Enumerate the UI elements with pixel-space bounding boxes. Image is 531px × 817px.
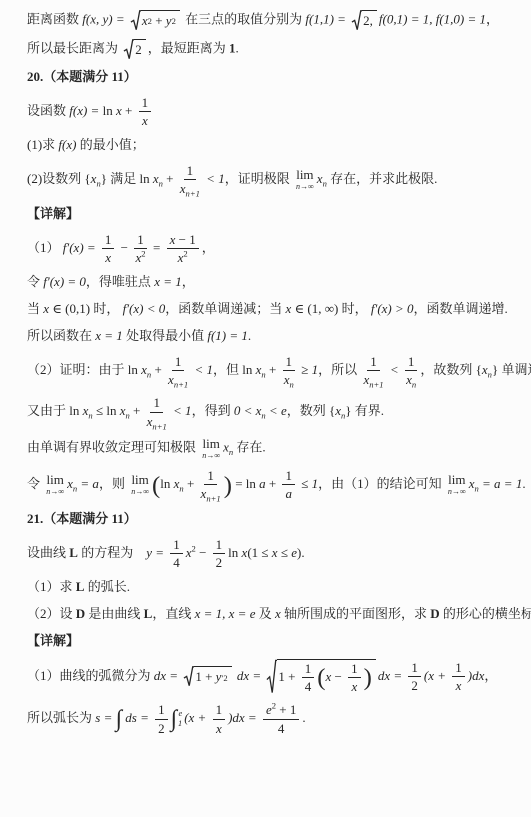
text-run: 1 xyxy=(286,354,293,369)
text-run: 1 xyxy=(216,702,223,717)
fraction: 1xn+1 xyxy=(147,395,167,429)
math-run: f(x) xyxy=(58,137,76,152)
subscript: n xyxy=(290,380,294,390)
denominator: a xyxy=(285,485,292,501)
fraction: 1xn xyxy=(405,354,418,388)
limit-subscript: n→∞ xyxy=(46,488,64,496)
text-run: (2)设数列 { xyxy=(27,171,91,186)
document-line: 所以弧长为 s = ∫ ds = 12∫e1(x + 1x)dx = e2 + … xyxy=(27,702,517,736)
denominator: xn xyxy=(406,371,416,387)
numerator: 1 xyxy=(155,702,168,719)
text-run: 设曲线 xyxy=(27,544,69,559)
numerator: 1 xyxy=(367,354,380,371)
text-run: − xyxy=(117,239,131,254)
radical-sign-icon xyxy=(123,39,134,60)
text-run: ，但 ln xyxy=(213,362,256,377)
text-run: . xyxy=(522,476,525,491)
radical-sign-icon xyxy=(351,10,362,31)
numerator: 1 xyxy=(302,661,315,678)
text-run: ，函数单调递减；当 xyxy=(165,301,285,316)
text-run: 轴所围成的平面图形，求 xyxy=(281,606,431,621)
text-run: (1)求 xyxy=(27,137,58,152)
numerator: 1 xyxy=(184,163,197,180)
text-run: (1 ≤ xyxy=(247,544,271,559)
fraction: 14 xyxy=(170,537,183,571)
text-run: } 单调递增. xyxy=(492,362,531,377)
text-run: . xyxy=(236,40,239,55)
document-line: 当 x ∈ (0,1) 时， f′(x) < 0，函数单调递减；当 x ∈ (1… xyxy=(27,300,517,319)
document-line: (1)求 f(x) 的最小值； xyxy=(27,136,517,155)
text-run: 2 xyxy=(135,41,142,60)
text-run: 所以函数在 xyxy=(27,328,95,343)
math-run: dx = xyxy=(154,668,182,683)
text-run: ， xyxy=(484,668,497,683)
text-run: 及 xyxy=(255,606,275,621)
text-run: 1 xyxy=(158,702,165,717)
math-run: < e xyxy=(266,403,287,418)
numerator: 1 xyxy=(408,660,421,677)
text-run: 距离函数 xyxy=(27,11,82,26)
text-run: 1 + xyxy=(195,668,215,687)
limit-operator: limn→∞ xyxy=(46,473,64,496)
document-page: 距离函数 f(x, y) = x2 + y2 在三点的取值分别为 f(1,1) … xyxy=(0,0,531,817)
denominator: x xyxy=(142,112,148,128)
text-run: ， xyxy=(486,11,499,26)
fraction: 1xn+1 xyxy=(168,354,188,388)
radicand: 2 xyxy=(134,39,146,60)
text-run: + xyxy=(151,362,165,377)
text-run: 1 xyxy=(370,354,377,369)
document-line: 【详解】 xyxy=(27,205,517,224)
math-run: ds = xyxy=(122,710,152,725)
fraction: 12 xyxy=(213,537,226,571)
text-run: } 满足 ln xyxy=(101,171,153,186)
math-run: x xyxy=(142,113,148,128)
lower-bound: 1 xyxy=(178,720,182,728)
fraction: 1x xyxy=(102,232,115,266)
denominator: 2 xyxy=(411,677,418,693)
math-run: f′(x) = 0 xyxy=(43,274,86,289)
text-run: 2 xyxy=(411,678,418,693)
text-run: − xyxy=(196,544,210,559)
document-line: 距离函数 f(x, y) = x2 + y2 在三点的取值分别为 f(1,1) … xyxy=(27,10,517,31)
denominator: 2 xyxy=(216,554,223,570)
math-run: f′(x) = xyxy=(63,239,99,254)
fraction: 1x2 xyxy=(134,232,147,266)
numerator: 1 xyxy=(170,537,183,554)
text-run: ，证明极限 xyxy=(225,171,293,186)
text-run: ，所以 xyxy=(318,362,360,377)
text-run: 2 xyxy=(158,721,165,736)
text-run: 2 xyxy=(216,555,223,570)
limit-operator: limn→∞ xyxy=(448,473,466,496)
text-run: 1 xyxy=(216,537,223,552)
subscript: n xyxy=(412,380,416,390)
text-run: ≤ xyxy=(278,544,292,559)
document-content: 距离函数 f(x, y) = x2 + y2 在三点的取值分别为 f(1,1) … xyxy=(0,0,531,736)
math-run: )dx = xyxy=(228,710,260,725)
text-run: ∈ (0,1) 时， xyxy=(49,301,123,316)
math-run: x = 1, x = e xyxy=(195,606,256,621)
math-run: ≥ 1 xyxy=(298,362,318,377)
math-run: < 1 xyxy=(203,171,225,186)
numerator: 1 xyxy=(405,354,418,371)
numerator: 1 xyxy=(172,354,185,371)
numerator: 1 xyxy=(139,95,152,112)
text-run: 1 xyxy=(408,354,415,369)
text-run: 1 + xyxy=(278,668,298,687)
denominator: xn+1 xyxy=(363,371,383,387)
text-run: 存在，并求此极限. xyxy=(327,171,438,186)
text-run: + xyxy=(163,171,177,186)
math-run: x = 1 xyxy=(154,274,182,289)
text-run: 4 xyxy=(278,721,285,736)
text-run: ， xyxy=(202,239,215,254)
radicand: 1 + y′2 xyxy=(194,666,231,687)
text-run: + xyxy=(152,12,166,31)
text-run: 的形心的横坐标. xyxy=(440,606,531,621)
denominator: 2 xyxy=(158,720,165,736)
fraction: 1x xyxy=(139,95,152,129)
math-run: x xyxy=(351,679,357,694)
text-run: 令 xyxy=(27,476,43,491)
text-run: + xyxy=(184,476,198,491)
subscript: n+1 xyxy=(206,494,220,504)
math-run: )dx xyxy=(468,668,485,683)
text-run: ). xyxy=(297,544,305,559)
math-run: x xyxy=(142,12,148,31)
text-run: 1 xyxy=(142,95,149,110)
text-run: 1 xyxy=(455,660,462,675)
math-run: f(x) = xyxy=(69,102,102,117)
fraction: 1xn+1 xyxy=(363,354,383,388)
text-run: + xyxy=(266,362,280,377)
subscript: n+1 xyxy=(186,189,200,199)
text-run: 的最小值； xyxy=(76,137,144,152)
upper-bound: e xyxy=(179,710,183,718)
text-run: ， xyxy=(182,274,195,289)
text-run: 设函数 xyxy=(27,102,69,117)
text-run: ，故数列 { xyxy=(420,362,482,377)
text-run: ，数列 { xyxy=(287,403,336,418)
limit-word: lim xyxy=(448,473,465,486)
numerator: 1 xyxy=(213,702,226,719)
fraction: 12 xyxy=(408,660,421,694)
text-run: 4 xyxy=(173,555,180,570)
denominator: xn+1 xyxy=(180,180,200,196)
text-run: ，直线 xyxy=(152,606,194,621)
text-run: 当 xyxy=(27,301,43,316)
denominator: xn xyxy=(284,371,294,387)
math-run: f′(x) < 0 xyxy=(123,301,166,316)
math-run: f(x, y) = xyxy=(82,11,128,26)
document-line: （1）曲线的弧微分为 dx = 1 + y′2 dx = 1 + 14(x − … xyxy=(27,659,517,695)
text-run: 2, xyxy=(363,12,373,31)
document-line: 设函数 f(x) = ln x + 1x xyxy=(27,95,517,129)
radicand: x2 + y2 xyxy=(141,10,180,31)
math-run: x = 1 xyxy=(95,328,123,343)
text-run: 处取得最小值 xyxy=(123,328,208,343)
denominator: xn+1 xyxy=(168,371,188,387)
math-run: x xyxy=(456,678,462,693)
numerator: 1 xyxy=(204,468,217,485)
math-run: dx = xyxy=(378,668,406,683)
numerator: 1 xyxy=(282,468,295,485)
text-run: 1 xyxy=(207,468,214,483)
text-run: ln xyxy=(160,476,173,491)
text-run: 1 xyxy=(305,661,312,676)
document-line: 又由于 ln xn ≤ ln xn + 1xn+1 < 1，得到 0 < xn … xyxy=(27,395,517,429)
bold-text: 【详解】 xyxy=(27,206,79,221)
limit-subscript: n→∞ xyxy=(296,183,314,191)
math-run: < xyxy=(387,362,402,377)
denominator: xn+1 xyxy=(147,413,167,429)
text-run: ，由（1）的结论可知 xyxy=(318,476,445,491)
text-run: 所以弧长为 xyxy=(27,710,95,725)
bold-text: D xyxy=(76,606,85,621)
math-run: (x + xyxy=(424,668,449,683)
math-run: y = xyxy=(146,544,167,559)
document-line: 21.（本题满分 11） xyxy=(27,510,517,529)
text-run: ，则 xyxy=(99,476,128,491)
numerator: 1 xyxy=(348,661,361,678)
denominator: xn+1 xyxy=(201,485,221,501)
fraction: 14 xyxy=(302,661,315,695)
text-run: 1 xyxy=(285,468,292,483)
text-run: 由单调有界收敛定理可知极限 xyxy=(27,440,199,455)
fraction: 1xn+1 xyxy=(201,468,221,502)
text-run: ，得唯驻点 xyxy=(86,274,154,289)
numerator: x − 1 xyxy=(167,232,199,249)
limit-word: lim xyxy=(131,473,148,486)
limit-subscript: n→∞ xyxy=(131,488,149,496)
big-paren-right: ) xyxy=(224,472,232,499)
numerator: 1 xyxy=(150,395,163,412)
fraction: 1a xyxy=(282,468,295,502)
document-line: 令 f′(x) = 0，得唯驻点 x = 1， xyxy=(27,273,517,292)
text-run: ln xyxy=(103,102,116,117)
text-run: + xyxy=(266,476,280,491)
text-run: 的弧长. xyxy=(84,579,130,594)
text-run: = xyxy=(150,239,164,254)
denominator: 4 xyxy=(173,554,180,570)
numerator: 1 xyxy=(134,232,147,249)
document-line: （1）求 L 的弧长. xyxy=(27,578,517,597)
numerator: 1 xyxy=(102,232,115,249)
fraction: 12 xyxy=(155,702,168,736)
math-run: = a = 1 xyxy=(479,476,523,491)
numerator: 1 xyxy=(283,354,296,371)
bold-text: 20.（本题满分 11） xyxy=(27,69,137,84)
text-run: 1 xyxy=(173,537,180,552)
text-run: − xyxy=(331,668,345,687)
radical: x2 + y2 xyxy=(130,10,180,31)
fraction: 1x xyxy=(348,661,361,695)
radical-sign-icon xyxy=(130,10,141,31)
text-run: 所以最长距离为 xyxy=(27,40,121,55)
text-run: 是由曲线 xyxy=(85,606,144,621)
math-run: y xyxy=(166,12,172,31)
document-line: (2)设数列 {xn} 满足 ln xn + 1xn+1 < 1，证明极限 li… xyxy=(27,163,517,197)
radicand: 1 + 14(x − 1x) xyxy=(277,659,375,695)
math-run: < 1 xyxy=(191,362,213,377)
limit-subscript: n→∞ xyxy=(448,488,466,496)
text-run: . xyxy=(248,328,251,343)
text-run: + xyxy=(130,403,144,418)
limit-operator: limn→∞ xyxy=(296,168,314,191)
text-run: + 1 xyxy=(276,702,296,717)
fraction: 1x xyxy=(452,660,465,694)
text-run: − 1 xyxy=(175,232,195,247)
limit-word: lim xyxy=(203,437,220,450)
fraction: e2 + 14 xyxy=(263,702,299,736)
text-run: （2）设 xyxy=(27,606,76,621)
numerator: 1 xyxy=(452,660,465,677)
document-line: 令 limn→∞xn = a，则 limn→∞(ln xn + 1xn+1) =… xyxy=(27,468,517,502)
math-run: dx = xyxy=(234,668,265,683)
text-run: ，得到 xyxy=(192,403,234,418)
radical: 2 xyxy=(123,39,146,60)
text-run: } 有界. xyxy=(345,403,384,418)
denominator: x2 xyxy=(135,249,145,265)
text-run: 的方程为 xyxy=(78,544,146,559)
subscript: n+1 xyxy=(369,380,383,390)
math-run: 0 < x xyxy=(234,403,262,418)
bold-text: 【详解】 xyxy=(27,633,79,648)
document-line: 20.（本题满分 11） xyxy=(27,68,517,87)
denominator: x2 xyxy=(178,249,188,265)
fraction: 1xn+1 xyxy=(180,163,200,197)
document-line: 设曲线 L 的方程为 y = 14x2 − 12ln x(1 ≤ x ≤ e). xyxy=(27,537,517,571)
math-run: s = xyxy=(95,710,115,725)
text-run: （1）曲线的弧微分为 xyxy=(27,668,154,683)
text-run: 1 xyxy=(351,661,358,676)
math-run: x xyxy=(105,250,111,265)
fraction: x − 1x2 xyxy=(167,232,199,266)
radical: 2, xyxy=(351,10,377,31)
text-run: 1 xyxy=(137,232,144,247)
limit-word: lim xyxy=(47,473,64,486)
superscript: 2 xyxy=(183,249,187,259)
limit-operator: limn→∞ xyxy=(202,437,220,460)
text-run: （1） xyxy=(27,239,63,254)
math-run: a xyxy=(285,486,292,501)
bold-text: 21.（本题满分 11） xyxy=(27,511,137,526)
bold-text: D xyxy=(430,606,439,621)
text-run: 令 xyxy=(27,274,43,289)
text-run: ，函数单调递增. xyxy=(414,301,508,316)
denominator: 4 xyxy=(305,678,312,694)
text-run: （2）证明：由于 ln xyxy=(27,362,141,377)
math-run: x xyxy=(216,721,222,736)
big-paren-left: ( xyxy=(152,472,160,499)
math-run: = a xyxy=(77,476,99,491)
text-run: = ln xyxy=(232,476,259,491)
math-run: (x + xyxy=(184,710,209,725)
denominator: x xyxy=(456,677,462,693)
radical: 1 + 14(x − 1x) xyxy=(266,659,375,695)
document-line: 所以函数在 x = 1 处取得最小值 f(1) = 1. xyxy=(27,327,517,346)
text-run: 1 xyxy=(175,354,182,369)
radical: 1 + y′2 xyxy=(183,666,231,687)
radical-sign-icon xyxy=(183,666,194,687)
text-run: （1）求 xyxy=(27,579,76,594)
denominator: x xyxy=(351,678,357,694)
denominator: 4 xyxy=(278,720,285,736)
text-run: 存在. xyxy=(233,440,266,455)
document-line: （1） f′(x) = 1x − 1x2 = x − 1x2， xyxy=(27,232,517,266)
integral-bounds: e1 xyxy=(178,710,182,728)
document-line: 所以最长距离为 2，最短距离为 1. xyxy=(27,39,517,60)
math-run: f(1) = 1 xyxy=(207,328,248,343)
text-run: 4 xyxy=(305,679,312,694)
text-run: 1 xyxy=(187,163,194,178)
text-run: ≤ ln xyxy=(93,403,120,418)
subscript: n+1 xyxy=(152,421,166,431)
text-run: + xyxy=(122,102,136,117)
document-line: （2）设 D 是由曲线 L，直线 x = 1, x = e 及 x 轴所围成的平… xyxy=(27,605,517,624)
limit-operator: limn→∞ xyxy=(131,473,149,496)
math-run: ≤ 1 xyxy=(298,476,318,491)
math-run: f(0,1) = 1, f(1,0) = 1 xyxy=(379,11,486,26)
denominator: x xyxy=(105,249,111,265)
superscript: 2 xyxy=(141,249,145,259)
document-line: 由单调有界收敛定理可知极限 limn→∞xn 存在. xyxy=(27,437,517,460)
math-run: f(1,1) = xyxy=(305,11,349,26)
integral: ∫e1 xyxy=(171,710,185,728)
fraction: 1xn xyxy=(283,354,296,388)
denominator: x xyxy=(216,720,222,736)
radicand: 2, xyxy=(362,10,377,31)
text-run: 1 xyxy=(153,395,160,410)
fraction: 1x xyxy=(213,702,226,736)
text-run: 在三点的取值分别为 xyxy=(182,11,306,26)
math-run: < 1 xyxy=(170,403,192,418)
document-line: 【详解】 xyxy=(27,632,517,651)
numerator: 1 xyxy=(213,537,226,554)
limit-subscript: n→∞ xyxy=(202,452,220,460)
subscript: n+1 xyxy=(174,380,188,390)
numerator: e2 + 1 xyxy=(263,702,299,719)
radical-sign-icon xyxy=(266,659,277,695)
bold-text: L xyxy=(69,544,78,559)
text-run: 1 xyxy=(411,660,418,675)
text-run: 1 xyxy=(105,232,112,247)
text-run: . xyxy=(302,710,305,725)
text-run: 又由于 ln xyxy=(27,403,83,418)
math-run: f′(x) > 0 xyxy=(371,301,414,316)
document-line: （2）证明：由于 ln xn + 1xn+1 < 1，但 ln xn + 1xn… xyxy=(27,354,517,388)
text-run: ln xyxy=(228,544,241,559)
text-run: ∈ (1, ∞) 时， xyxy=(291,301,371,316)
limit-word: lim xyxy=(296,168,313,181)
text-run: ，最短距离为 xyxy=(148,40,229,55)
